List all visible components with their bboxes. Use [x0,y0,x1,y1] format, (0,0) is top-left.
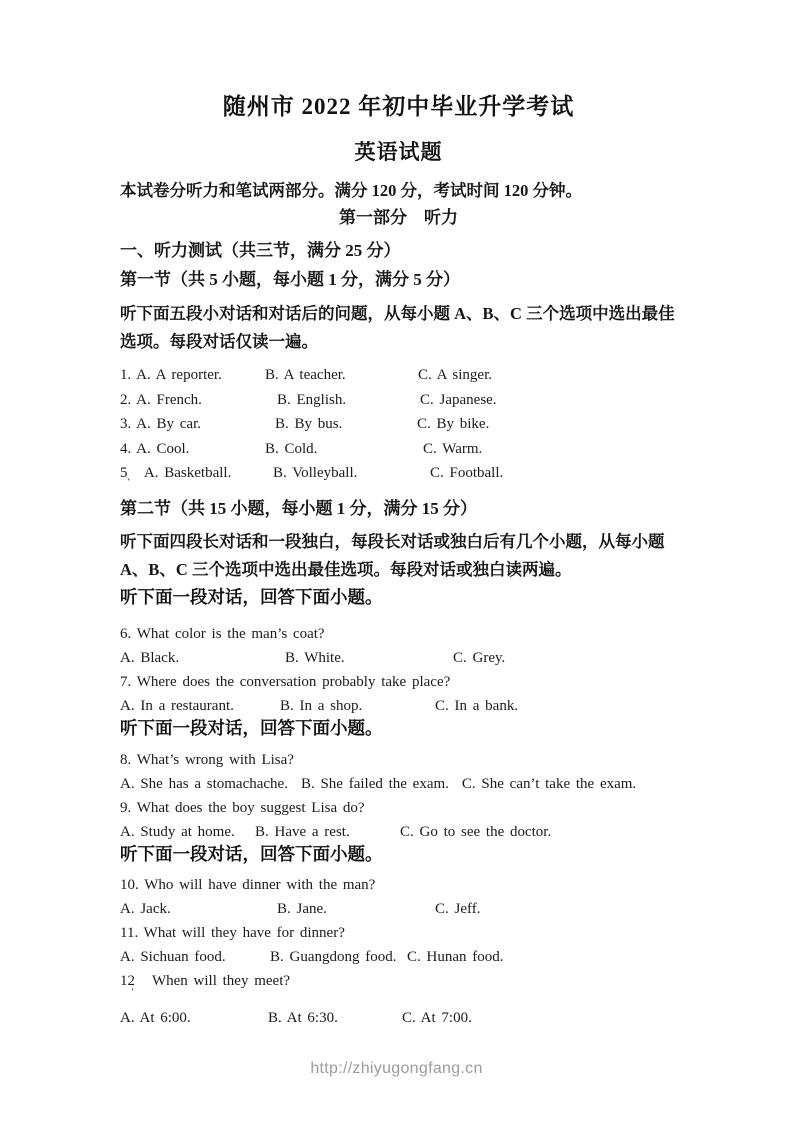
question-10: 10. Who will have dinner with the man? [120,873,677,897]
options-row-8: A. She has a stomachache. B. She failed … [120,772,677,796]
question-row-5: 5 A. Basketball. B. Volleyball. C. Footb… [120,461,677,486]
option-a: 2. A. French. [120,388,202,413]
dialog-lead-2: 听下面一段对话，回答下面小题。 [120,718,677,738]
section-one-subheading: 第一节（共 5 小题，每小题 1 分，满分 5 分） [120,270,677,290]
option-a: A. Sichuan food. [120,945,226,969]
dialog-lead-1: 听下面一段对话，回答下面小题。 [120,587,677,607]
option-b: B. Guangdong food. [270,945,397,969]
options-row-6: A. Black. B. White. C. Grey. [120,646,677,670]
options-row-12: A. At 6:00. B. At 6:30. C. At 7:00. [120,1006,677,1030]
question-block-1-5: 1. A. A reporter. B. A teacher. C. A sin… [120,363,677,486]
question-12: 12 When will they meet? [120,969,677,993]
exam-intro: 本试卷分听力和笔试两部分。满分 120 分，考试时间 120 分钟。 [120,181,677,201]
option-c: C. Football. [430,461,503,486]
option-b: B. Cold. [265,437,317,462]
section-two-instructions: 听下面四段长对话和一段独白，每段长对话或独白后有几个小题，从每小题 A、B、C … [120,528,677,584]
option-a: A. In a restaurant. [120,694,234,718]
question-9: 9. What does the boy suggest Lisa do? [120,796,677,820]
option-a: A. Jack. [120,897,171,921]
section-one-heading: 一、听力测试（共三节，满分 25 分） [120,241,677,261]
options-row-11: A. Sichuan food. B. Guangdong food. C. H… [120,945,677,969]
option-a: 5 A. Basketball. [120,461,231,486]
option-c: C. Jeff. [435,897,480,921]
option-c: C. By bike. [417,412,489,437]
option-c: C. Hunan food. [407,945,504,969]
option-a: A. At 6:00. [120,1006,191,1030]
option-c: C. Warm. [423,437,482,462]
option-b: B. White. [285,646,345,670]
scan-artifact-mark: ʻ [131,988,134,998]
option-b: B. Jane. [277,897,327,921]
part-one-heading: 第一部分 听力 [120,208,677,228]
option-b: B. At 6:30. [268,1006,338,1030]
option-b: B. Volleyball. [273,461,357,486]
option-a: A. She has a stomachache. [120,772,288,796]
option-b: B. By bus. [275,412,342,437]
option-a: 3. A. By car. [120,412,201,437]
question-row-2: 2. A. French. B. English. C. Japanese. [120,388,677,413]
option-c: C. Go to see the doctor. [400,820,551,844]
exam-title: 随州市 2022 年初中毕业升学考试 [120,94,677,120]
options-row-10: A. Jack. B. Jane. C. Jeff. [120,897,677,921]
option-c: C. She can’t take the exam. [462,772,636,796]
option-c: C. A singer. [418,363,492,388]
option-c: C. At 7:00. [402,1006,472,1030]
options-row-7: A. In a restaurant. B. In a shop. C. In … [120,694,677,718]
option-b: B. She failed the exam. [301,772,449,796]
option-b: B. In a shop. [280,694,362,718]
option-c: C. Grey. [453,646,505,670]
question-row-4: 4. A. Cool. B. Cold. C. Warm. [120,437,677,462]
option-c: C. In a bank. [435,694,518,718]
question-6: 6. What color is the man’s coat? [120,622,677,646]
option-a: A. Black. [120,646,179,670]
scan-artifact-mark: ʻ [127,478,130,488]
option-a: 4. A. Cool. [120,437,189,462]
exam-content: 随州市 2022 年初中毕业升学考试 英语试题 本试卷分听力和笔试两部分。满分 … [120,0,677,1030]
question-8: 8. What’s wrong with Lisa? [120,748,677,772]
option-c: C. Japanese. [420,388,497,413]
dialog-lead-3: 听下面一段对话，回答下面小题。 [120,844,677,864]
question-11: 11. What will they have for dinner? [120,921,677,945]
exam-subtitle: 英语试题 [120,140,677,164]
question-row-3: 3. A. By car. B. By bus. C. By bike. [120,412,677,437]
question-7: 7. Where does the conversation probably … [120,670,677,694]
option-b: B. English. [277,388,346,413]
exam-page: 随州市 2022 年初中毕业升学考试 英语试题 本试卷分听力和笔试两部分。满分 … [0,0,793,1122]
option-b: B. A teacher. [265,363,346,388]
option-b: B. Have a rest. [255,820,350,844]
option-a: 1. A. A reporter. [120,363,222,388]
section-one-instructions: 听下面五段小对话和对话后的问题，从每小题 A、B、C 三个选项中选出最佳选项。每… [120,300,677,356]
watermark-url: http://zhiyugongfang.cn [0,1060,793,1078]
section-two-heading: 第二节（共 15 小题，每小题 1 分，满分 15 分） [120,499,677,519]
option-a: A. Study at home. [120,820,235,844]
options-row-9: A. Study at home. B. Have a rest. C. Go … [120,820,677,844]
question-row-1: 1. A. A reporter. B. A teacher. C. A sin… [120,363,677,388]
